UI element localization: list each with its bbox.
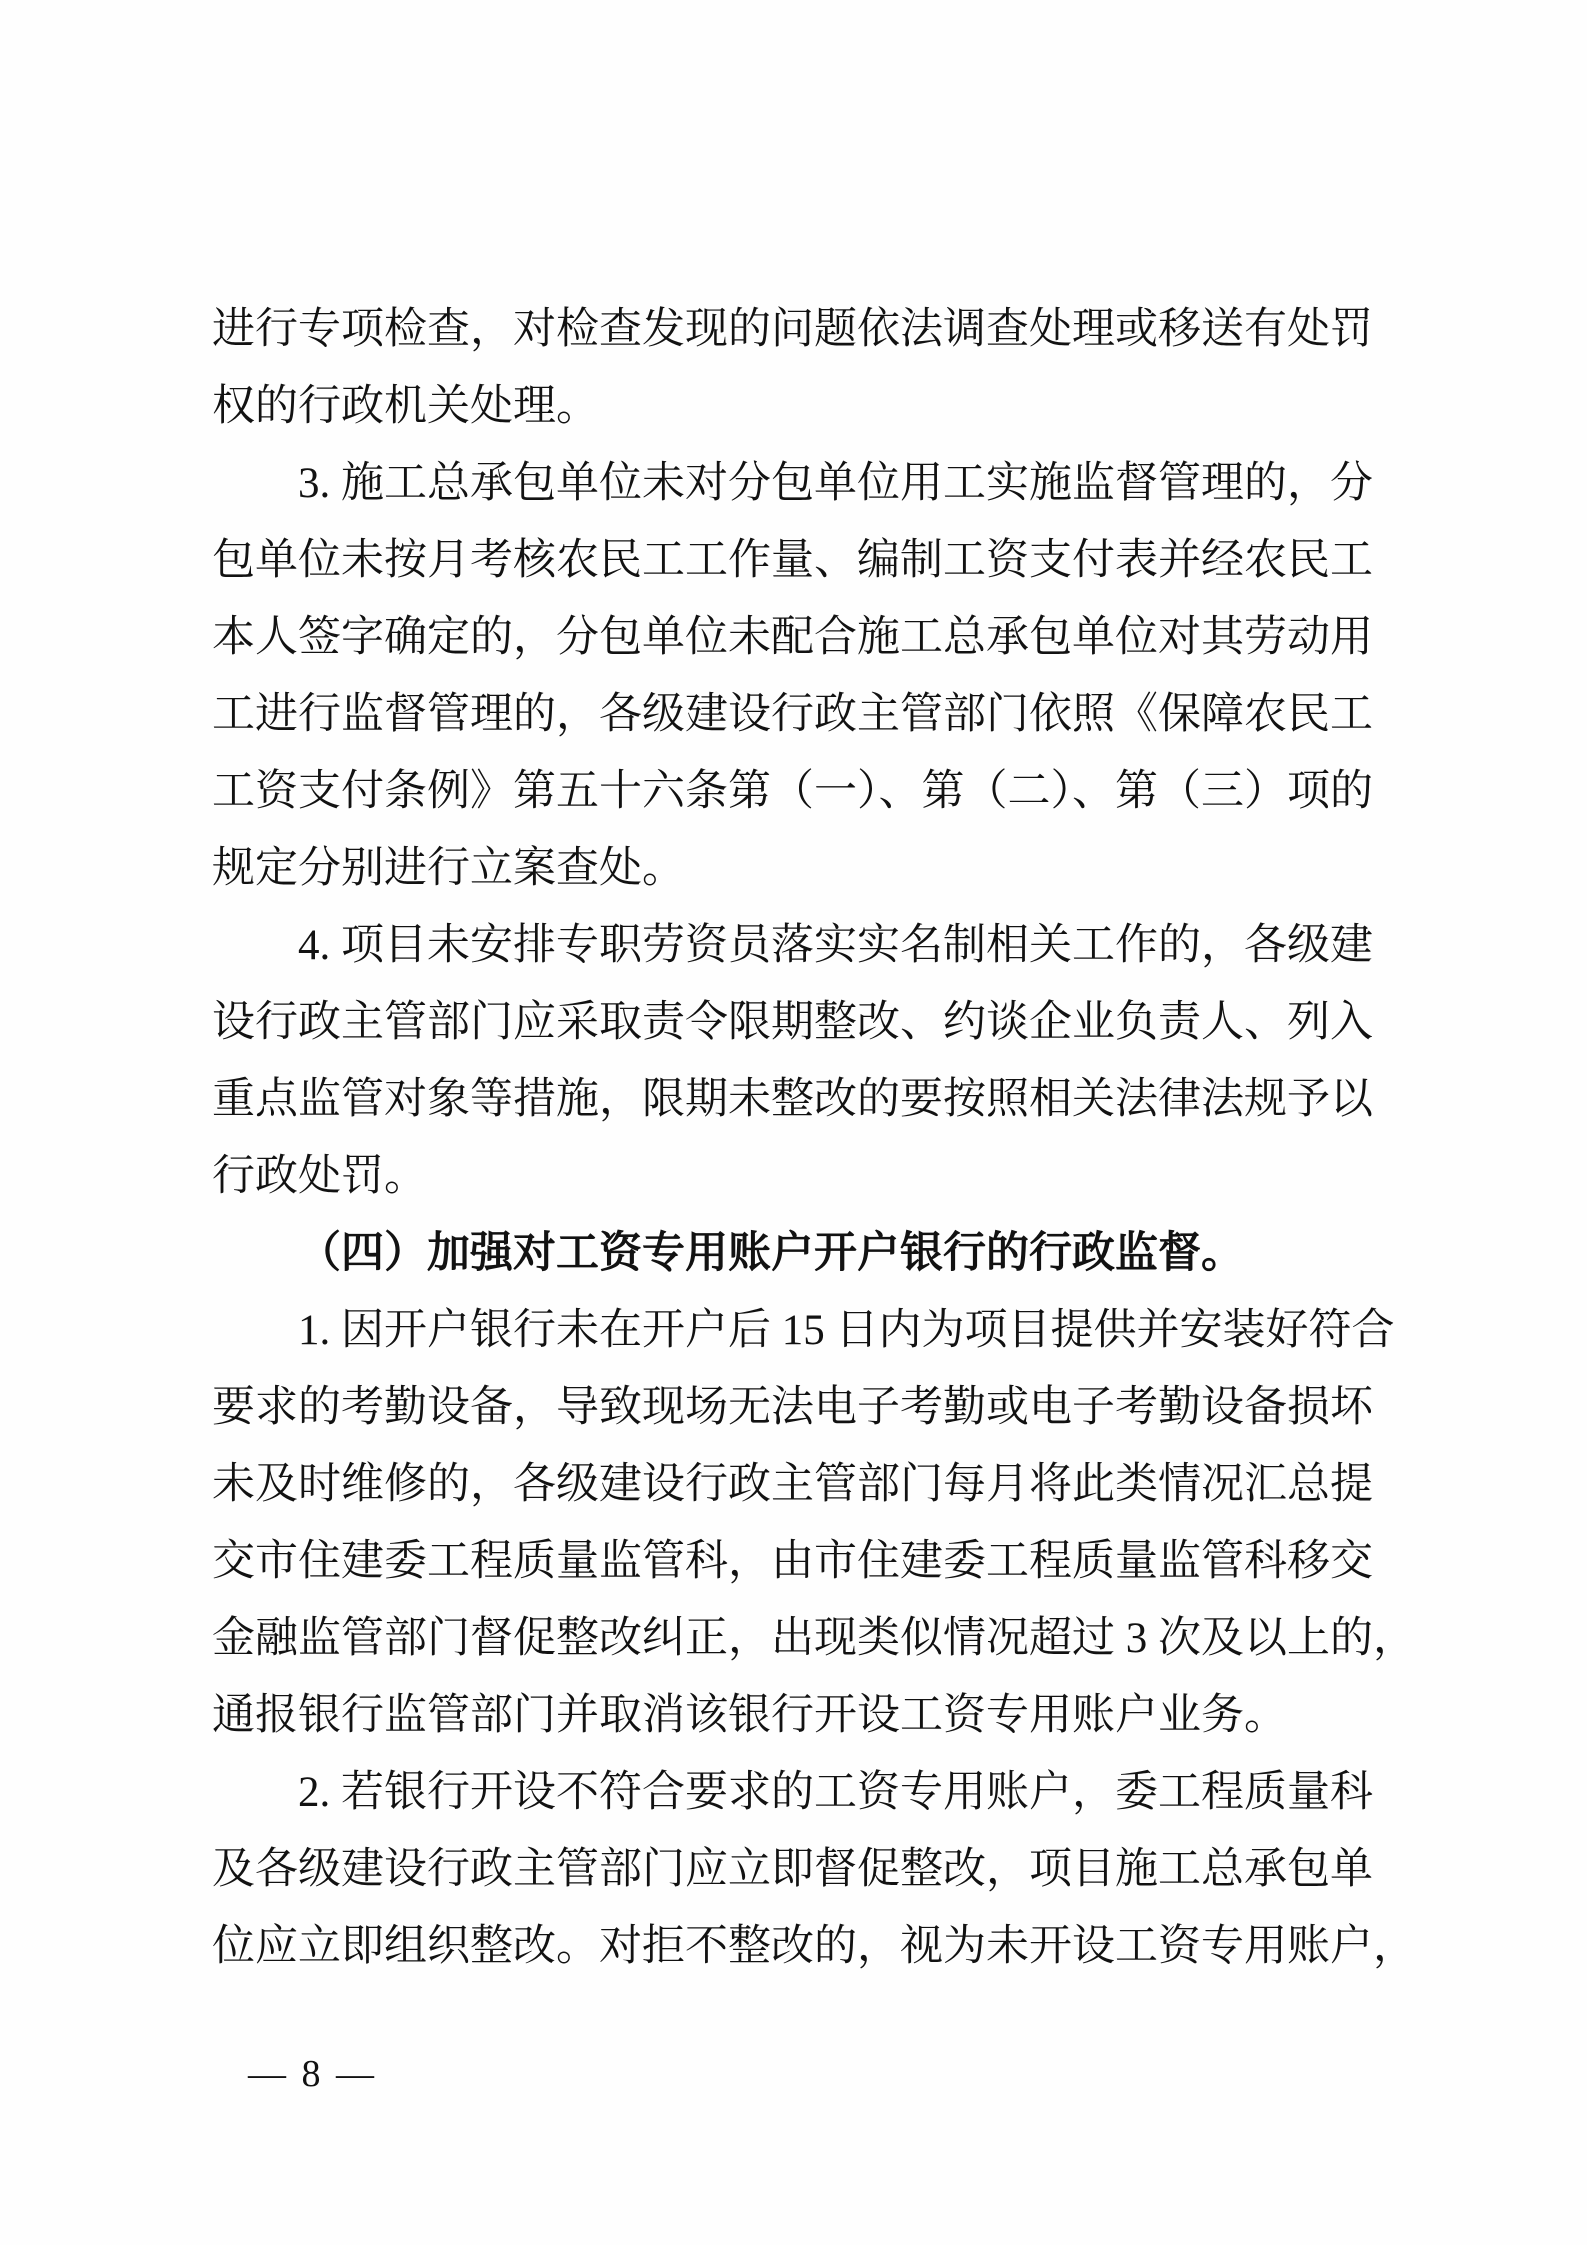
text-line: 权的行政机关处理。 bbox=[212, 368, 1424, 445]
text-line: 3. 施工总承包单位未对分包单位用工实施监督管理的，分 bbox=[212, 445, 1424, 522]
text-line: 设行政主管部门应采取责令限期整改、约谈企业负责人、列入 bbox=[212, 984, 1424, 1061]
text-line: 行政处罚。 bbox=[212, 1138, 1424, 1215]
text-line: 通报银行监管部门并取消该银行开设工资专用账户业务。 bbox=[212, 1677, 1424, 1754]
text-line: 本人签字确定的，分包单位未配合施工总承包单位对其劳动用 bbox=[212, 599, 1424, 676]
text-line: 包单位未按月考核农民工工作量、编制工资支付表并经农民工 bbox=[212, 522, 1424, 599]
text-line: 工进行监督管理的，各级建设行政主管部门依照《保障农民工 bbox=[212, 676, 1424, 753]
document-page: 进行专项检查，对检查发现的问题依法调查处理或移送有处罚权的行政机关处理。3. 施… bbox=[0, 0, 1587, 2245]
section-heading-line: （四）加强对工资专用账户开户银行的行政监督。 bbox=[212, 1215, 1424, 1292]
page-number: — 8 — bbox=[248, 2052, 377, 2096]
text-line: 工资支付条例》第五十六条第（一）、第（二）、第（三）项的 bbox=[212, 753, 1424, 830]
text-line: 2. 若银行开设不符合要求的工资专用账户，委工程质量科 bbox=[212, 1754, 1424, 1831]
text-line: 进行专项检查，对检查发现的问题依法调查处理或移送有处罚 bbox=[212, 291, 1424, 368]
text-line: 4. 项目未安排专职劳资员落实实名制相关工作的，各级建 bbox=[212, 907, 1424, 984]
text-line: 金融监管部门督促整改纠正，出现类似情况超过 3 次及以上的， bbox=[212, 1600, 1424, 1677]
text-line: 未及时维修的，各级建设行政主管部门每月将此类情况汇总提 bbox=[212, 1446, 1424, 1523]
text-line: 及各级建设行政主管部门应立即督促整改，项目施工总承包单 bbox=[212, 1831, 1424, 1908]
text-line: 规定分别进行立案查处。 bbox=[212, 830, 1424, 907]
text-line: 位应立即组织整改。对拒不整改的，视为未开设工资专用账户， bbox=[212, 1908, 1424, 1985]
text-line: 重点监管对象等措施，限期未整改的要按照相关法律法规予以 bbox=[212, 1061, 1424, 1138]
text-line: 交市住建委工程质量监管科，由市住建委工程质量监管科移交 bbox=[212, 1523, 1424, 1600]
text-line: 1. 因开户银行未在开户后 15 日内为项目提供并安装好符合 bbox=[212, 1292, 1424, 1369]
text-line: 要求的考勤设备，导致现场无法电子考勤或电子考勤设备损坏 bbox=[212, 1369, 1424, 1446]
document-body: 进行专项检查，对检查发现的问题依法调查处理或移送有处罚权的行政机关处理。3. 施… bbox=[212, 291, 1424, 1985]
